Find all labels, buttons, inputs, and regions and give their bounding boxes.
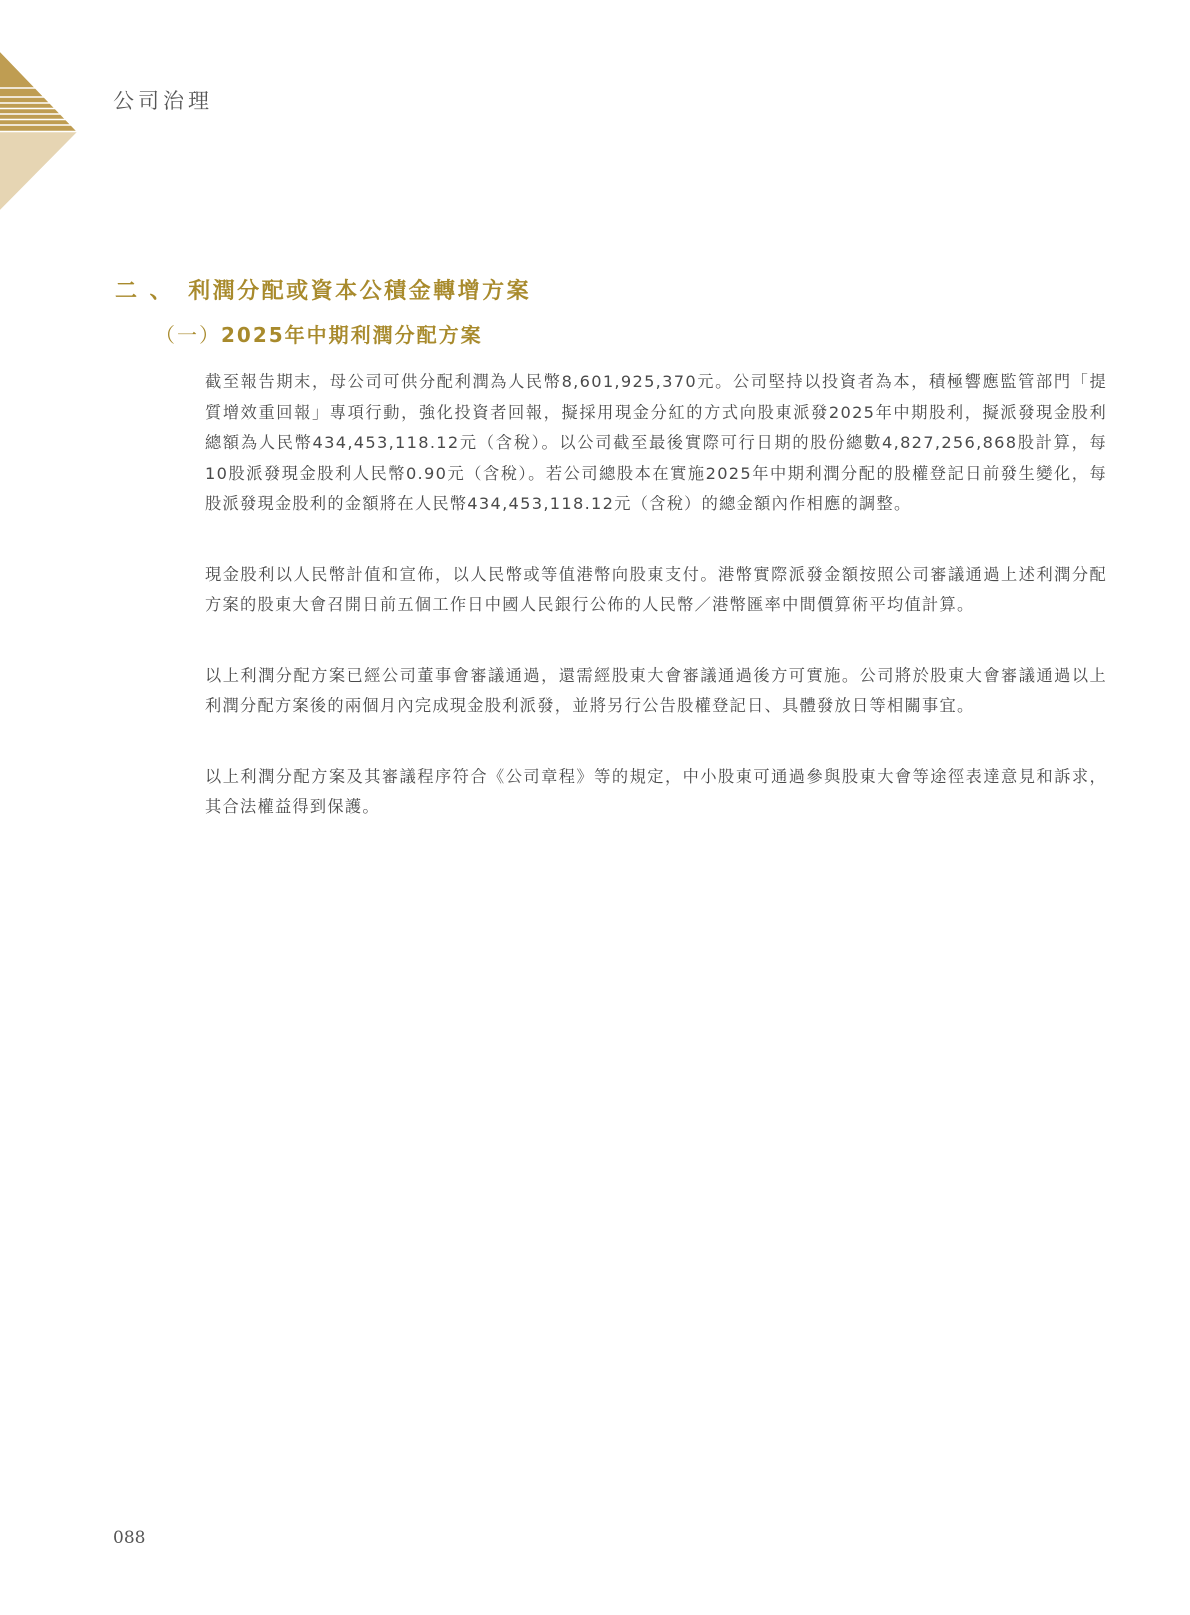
paragraph-currency-payment: 現金股利以人民幣計值和宣佈，以人民幣或等值港幣向股東支付。港幣實際派發金額按照公…: [205, 560, 1107, 621]
heading-interim-plan: （一）2025年中期利潤分配方案: [155, 320, 483, 350]
paragraph-distributable-profit: 截至報告期末，母公司可供分配利潤為人民幣8,601,925,370元。公司堅持以…: [205, 367, 1107, 520]
section-header-title: 公司治理: [113, 88, 213, 114]
corner-triangle-decoration: [0, 52, 80, 212]
page-number: 088: [113, 1528, 145, 1548]
heading-1-title: 利潤分配或資本公積金轉增方案: [188, 279, 531, 304]
paragraph-approval: 以上利潤分配方案已經公司董事會審議通過，還需經股東大會審議通過後方可實施。公司將…: [205, 661, 1107, 722]
heading-2-title: 2025年中期利潤分配方案: [221, 323, 483, 347]
heading-profit-distribution: 二 、利潤分配或資本公積金轉增方案: [115, 277, 531, 307]
heading-1-number: 二 、: [115, 279, 174, 304]
heading-2-number: （一）: [155, 323, 221, 347]
paragraph-compliance: 以上利潤分配方案及其審議程序符合《公司章程》等的規定，中小股東可通過參與股東大會…: [205, 762, 1107, 823]
body-text: 截至報告期末，母公司可供分配利潤為人民幣8,601,925,370元。公司堅持以…: [205, 367, 1107, 863]
